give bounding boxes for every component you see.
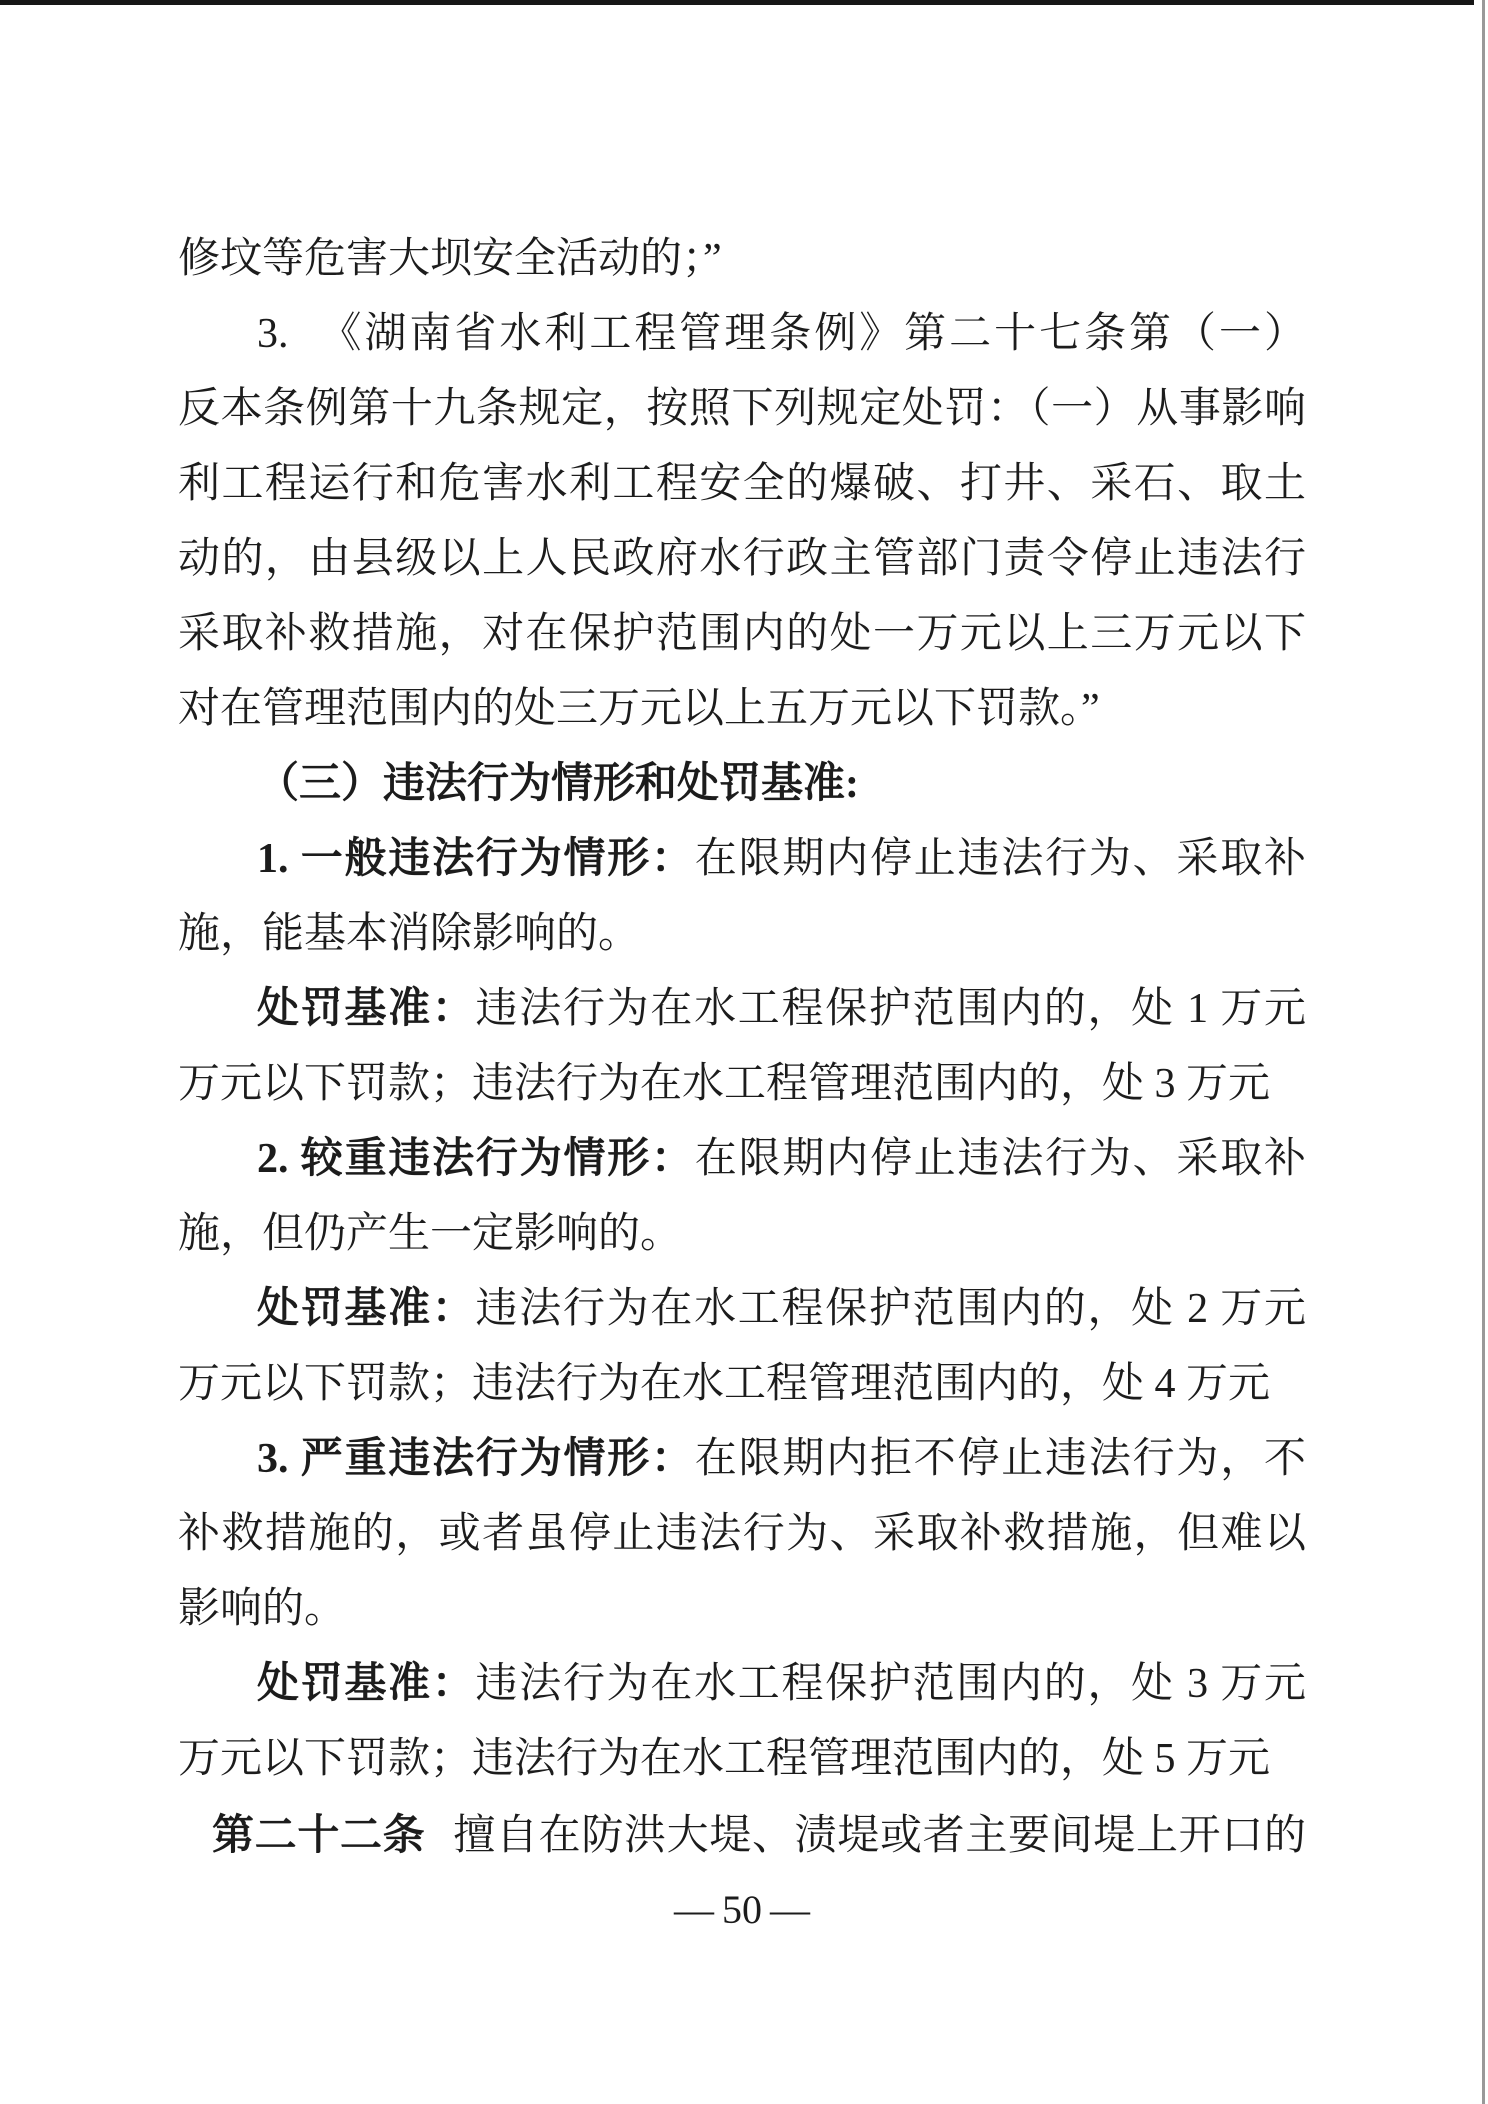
section-heading-run: （三）违法行为情形和处罚基准: bbox=[257, 761, 859, 807]
text-run: 影响的。 bbox=[178, 1586, 346, 1632]
bold-run: 2. 较重违法行为情形： bbox=[257, 1136, 695, 1182]
text-run: 采取补救措施，对在保护范围内的处一万元以上三万元以下罚款， bbox=[178, 611, 1306, 672]
article-heading-run: 第二十二条 bbox=[212, 1811, 425, 1858]
text-run: 万元以下罚款；违法行为在水工程管理范围内的，处 3 万元罚款。 bbox=[178, 1061, 1270, 1122]
text-line: 处罚基准：违法行为在水工程保护范围内的，处 2 万元以上 3 bbox=[178, 1272, 1306, 1347]
document-body: 修坟等危害大坝安全活动的；” 3.《湖南省水利工程管理条例》第二十七条第（一）项… bbox=[178, 222, 1306, 1872]
bold-run: 3. 严重违法行为情形： bbox=[257, 1436, 695, 1482]
text-line: 万元以下罚款；违法行为在水工程管理范围内的，处 4 万元罚款。 bbox=[178, 1347, 1306, 1422]
text-run: 利工程运行和危害水利工程安全的爆破、打井、采石、取土等活 bbox=[178, 461, 1306, 522]
text-line: 处罚基准：违法行为在水工程保护范围内的，处 3 万元以上 5 bbox=[178, 1647, 1306, 1722]
text-run: 施，但仍产生一定影响的。 bbox=[178, 1211, 682, 1257]
text-run: 动的，由县级以上人民政府水行政主管部门责令停止违法行为、 bbox=[178, 536, 1306, 597]
text-line: 万元以下罚款；违法行为在水工程管理范围内的，处 3 万元罚款。 bbox=[178, 1047, 1306, 1122]
text-line: 万元以下罚款；违法行为在水工程管理范围内的，处 5 万元罚款。 bbox=[178, 1722, 1306, 1797]
text-run: 万元以下罚款；违法行为在水工程管理范围内的，处 5 万元罚款。 bbox=[178, 1736, 1270, 1797]
footer-right-dash: — bbox=[770, 1887, 810, 1932]
text-line: 施，但仍产生一定影响的。 bbox=[178, 1197, 1306, 1272]
text-run: 擅自在防洪大堤、渍堤或者主要间堤上开口的 bbox=[453, 1813, 1306, 1859]
text-line: 对在管理范围内的处三万元以上五万元以下罚款。” bbox=[178, 672, 1306, 747]
text-line: 动的，由县级以上人民政府水行政主管部门责令停止违法行为、 bbox=[178, 522, 1306, 597]
text-run: 修坟等危害大坝安全活动的；” bbox=[178, 236, 722, 282]
page-number: 50 bbox=[722, 1887, 762, 1932]
text-line: 利工程运行和危害水利工程安全的爆破、打井、采石、取土等活 bbox=[178, 447, 1306, 522]
footer-left-dash: — bbox=[674, 1887, 714, 1932]
text-line: 反本条例第十九条规定，按照下列规定处罚：（一）从事影响水 bbox=[178, 372, 1306, 447]
bold-run: 处罚基准： bbox=[257, 1286, 476, 1332]
text-line: 采取补救措施，对在保护范围内的处一万元以上三万元以下罚款， bbox=[178, 597, 1306, 672]
text-line: 3. 严重违法行为情形：在限期内拒不停止违法行为，不采取 bbox=[178, 1422, 1306, 1497]
article-line: 第二十二条擅自在防洪大堤、渍堤或者主要间堤上开口的 bbox=[178, 1797, 1306, 1872]
text-line: 施，能基本消除影响的。 bbox=[178, 897, 1306, 972]
text-line: 影响的。 bbox=[178, 1572, 1306, 1647]
bold-run: 1. 一般违法行为情形： bbox=[257, 836, 695, 882]
paragraph-number: 3. bbox=[257, 311, 289, 357]
text-line: 2. 较重违法行为情形：在限期内停止违法行为、采取补救措 bbox=[178, 1122, 1306, 1197]
text-run: 《湖南省水利工程管理条例》第二十七条第（一）项“违 bbox=[178, 311, 1306, 372]
text-run: 施，能基本消除影响的。 bbox=[178, 911, 640, 957]
page-footer: —50— bbox=[178, 1872, 1306, 1947]
bold-run: 处罚基准： bbox=[257, 1661, 476, 1707]
page-right-edge-line bbox=[1482, 0, 1485, 2104]
text-run: 万元以下罚款；违法行为在水工程管理范围内的，处 4 万元罚款。 bbox=[178, 1361, 1270, 1422]
text-line: 补救措施的，或者虽停止违法行为、采取补救措施，但难以消除 bbox=[178, 1497, 1306, 1572]
text-run: 反本条例第十九条规定，按照下列规定处罚：（一）从事影响水 bbox=[178, 386, 1306, 447]
section-heading-line: （三）违法行为情形和处罚基准: bbox=[178, 747, 1306, 822]
text-line: 修坟等危害大坝安全活动的；” bbox=[178, 222, 1306, 297]
text-line: 3.《湖南省水利工程管理条例》第二十七条第（一）项“违 bbox=[178, 297, 1306, 372]
bold-run: 处罚基准： bbox=[257, 986, 476, 1032]
text-run: 对在管理范围内的处三万元以上五万元以下罚款。” bbox=[178, 686, 1100, 732]
text-line: 1. 一般违法行为情形：在限期内停止违法行为、采取补救措 bbox=[178, 822, 1306, 897]
text-line: 处罚基准：违法行为在水工程保护范围内的，处 1 万元以上 2 bbox=[178, 972, 1306, 1047]
scan-top-edge-artifact bbox=[0, 0, 1474, 5]
text-run: 补救措施的，或者虽停止违法行为、采取补救措施，但难以消除 bbox=[178, 1511, 1306, 1572]
